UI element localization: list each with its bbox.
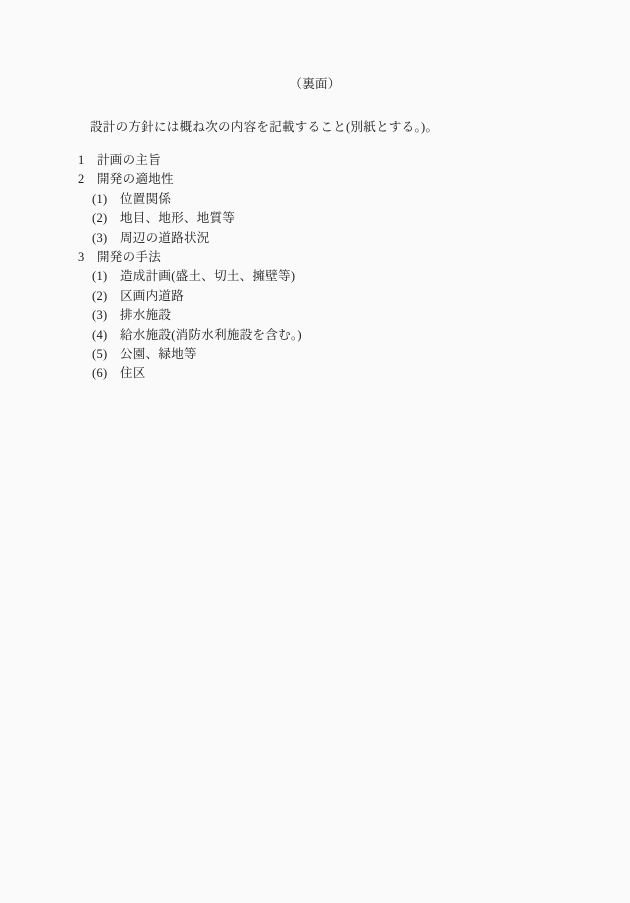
list-item-label: 開発の適地性 [97,172,174,186]
list-item-number: (1) [92,190,120,209]
list-item: (5)公園、緑地等 [0,345,630,364]
outline-list: 1計画の主旨 2開発の適地性 (1)位置関係 (2)地目、地形、地質等 (3)周… [0,151,630,384]
list-item-label: 造成計画(盛土、切土、擁壁等) [120,269,295,283]
list-item-number: (3) [92,306,120,325]
list-item-number: (1) [92,267,120,286]
list-item-label: 公園、緑地等 [120,347,197,361]
list-item-number: (4) [92,326,120,345]
list-item: (3)周辺の道路状況 [0,229,630,248]
list-item-label: 地目、地形、地質等 [120,211,235,225]
list-item-label: 区画内道路 [120,289,184,303]
intro-text: 設計の方針には概ね次の内容を記載すること(別紙とする。)。 [90,117,600,135]
list-item: (6)住区 [0,364,630,383]
list-item-number: (2) [92,209,120,228]
list-item-label: 開発の手法 [97,250,161,264]
list-item: (1)位置関係 [0,190,630,209]
document-page: （裏面） 設計の方針には概ね次の内容を記載すること(別紙とする。)。 1計画の主… [0,0,630,903]
page-title: （裏面） [0,74,630,92]
list-item-number: 2 [78,170,97,189]
list-item: 2開発の適地性 [0,170,630,189]
list-item-number: 3 [78,248,97,267]
list-item-label: 計画の主旨 [97,153,161,167]
list-item: 3開発の手法 [0,248,630,267]
list-item-label: 位置関係 [120,192,171,206]
list-item-number: 1 [78,151,97,170]
list-item: (1)造成計画(盛土、切土、擁壁等) [0,267,630,286]
list-item: (3)排水施設 [0,306,630,325]
list-item: (2)区画内道路 [0,287,630,306]
list-item: (4)給水施設(消防水利施設を含む。) [0,326,630,345]
list-item-number: (6) [92,364,120,383]
list-item-label: 周辺の道路状況 [120,231,210,245]
list-item-label: 給水施設(消防水利施設を含む。) [120,328,302,342]
list-item: (2)地目、地形、地質等 [0,209,630,228]
list-item-label: 住区 [120,366,146,380]
list-item-number: (2) [92,287,120,306]
list-item: 1計画の主旨 [0,151,630,170]
list-item-label: 排水施設 [120,308,171,322]
list-item-number: (5) [92,345,120,364]
list-item-number: (3) [92,229,120,248]
